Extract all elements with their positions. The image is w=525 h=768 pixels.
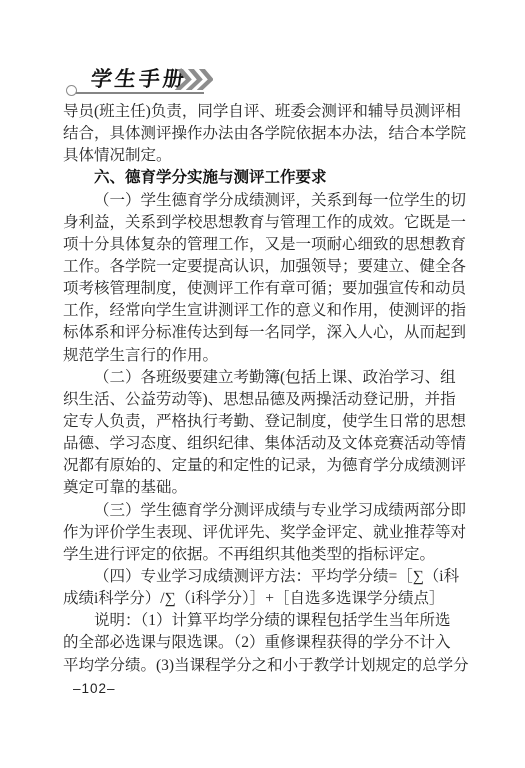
text-line: （二）各班级要建立考勤簿(包括上课、政治学习、组 [63,367,468,389]
text-line: 导员(班主任)负责，同学自评、班委会测评和辅导员测评相 [63,101,468,123]
text-line: 平均学分绩。(3)当课程学分之和小于教学计划规定的总学分 [63,655,468,677]
scanned-book-page: 学生手册 导员(班主任)负责，同学自评、班委会测评和辅导员测评相结合，具体测评操… [0,0,525,768]
text-line: 标体系和评分标准传达到每一名同学，深入人心，从而起到 [63,322,468,344]
text-line: 定专人负责，严格执行考勤、登记制度，使学生日常的思想 [63,411,468,433]
text-line: （三）学生德育学分测评成绩与专业学习成绩两部分即 [63,500,468,522]
text-line: 具体情况制定。 [63,145,468,167]
page-header: 学生手册 [64,62,284,102]
text-line: 的全部必选课与限选课。（2）重修课程获得的学分不计入 [63,632,468,654]
text-line: 身利益，关系到学校思想教育与管理工作的成效。它既是一 [63,212,468,234]
document-lines: 导员(班主任)负责，同学自评、班委会测评和辅导员测评相结合，具体测评操作办法由各… [63,101,468,677]
text-line: 项考核管理制度，使测评工作有章可循；要加强宣传和动员 [63,278,468,300]
text-line: 规范学生言行的作用。 [63,345,468,367]
text-line: （一）学生德育学分成绩测评，关系到每一位学生的切 [63,190,468,212]
text-line: 奠定可靠的基础。 [63,477,468,499]
text-line: 结合，具体测评操作办法由各学院依据本办法，结合本学院 [63,123,468,145]
text-line: 项十分具体复杂的管理工作，又是一项耐心细致的思想教育 [63,234,468,256]
text-line: 作为评价学生表现、评优评先、奖学金评定、就业推荐等对 [63,522,468,544]
header-circle-ornament [66,85,77,96]
text-line: 况都有原始的、定量的和定性的记录，为德育学分成绩测评 [63,455,468,477]
triple-chevron-right-icon [173,68,213,92]
text-line: 织生活、公益劳动等)、思想品德及两操活动登记册，并指 [63,389,468,411]
section-heading: 六、德育学分实施与测评工作要求 [63,167,468,189]
text-line: 说明：（1）计算平均学分绩的课程包括学生当年所选 [63,610,468,632]
page-number: –102– [73,681,116,696]
text-line: 工作，经常向学生宣讲测评工作的意义和作用，使测评的指 [63,300,468,322]
text-line: 品德、学习态度、组织纪律、集体活动及文体竞赛活动等情 [63,433,468,455]
text-line: 学生进行评定的依据。不再组织其他类型的指标评定。 [63,544,468,566]
text-line: 成绩i科学分）/∑（i科学分）］+［自选多选课学分绩点］ [63,588,468,610]
text-line: （四）专业学习成绩测评方法：平均学分绩=［∑（i科 [63,566,468,588]
text-line: 工作。各学院一定要提高认识，加强领导；要建立、健全各 [63,256,468,278]
